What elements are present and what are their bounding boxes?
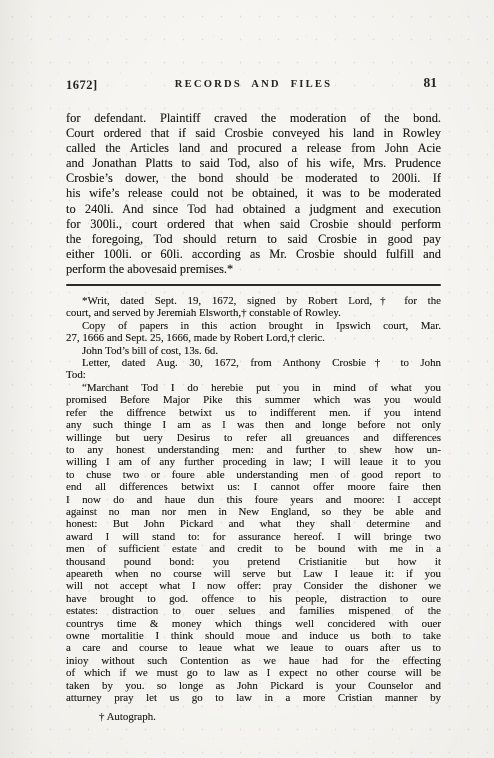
text-line: for 300li., court ordered that when said… xyxy=(66,217,441,232)
main-text: for defendant. Plaintiff craved the mode… xyxy=(66,111,441,277)
text-line: end all differences betwixt us: I cannot… xyxy=(66,481,441,493)
text-line: and Jonathan Platts to said Tod, also of… xyxy=(66,156,441,171)
paragraph: John Tod’s bill of cost, 13s. 6d. xyxy=(66,345,441,357)
text-line: refer the diffrence betwixt us to indiff… xyxy=(66,407,441,419)
text-line: either 100li. or 60li. according as Mr. … xyxy=(66,247,441,262)
text-line: willinge but uery Desirus to refer all g… xyxy=(66,432,441,444)
footnotes-block: *Writ, dated Sept. 19, 1672, signed by R… xyxy=(66,295,441,704)
year-label: 1672] xyxy=(66,78,98,93)
text-line: any such thinge I am as I was then and l… xyxy=(66,419,441,431)
paragraph: Copy of papers in this action brought in… xyxy=(66,320,441,345)
text-line: have brought to god. offence to his peop… xyxy=(66,593,441,605)
text-line: honest: But John Pickard and what they s… xyxy=(66,518,441,530)
paragraph: Letter, dated Aug. 30, 1672, from Anthon… xyxy=(66,357,441,382)
text-line: owne mortalitie I think should moue and … xyxy=(66,630,441,642)
text-line: apeareth when no course will serve but L… xyxy=(66,568,441,580)
text-line: men of sufficient estate and credit to b… xyxy=(66,543,441,555)
text-line: “Marchant Tod I do herebie put you in mi… xyxy=(66,382,441,394)
footnote-separator-rule xyxy=(66,284,441,286)
text-column: 1672] RECORDS AND FILES 81 for defendant… xyxy=(66,0,441,723)
text-line: I now do and haue dun this foure years a… xyxy=(66,494,441,506)
text-line: a care and course to leaue what we leaue… xyxy=(66,642,441,654)
text-line: for defendant. Plaintiff craved the mode… xyxy=(66,111,441,126)
page-number: 81 xyxy=(424,75,438,91)
paragraph: “Marchant Tod I do herebie put you in mi… xyxy=(66,382,441,705)
text-line: atturney pray let us go to law in a more… xyxy=(66,692,441,704)
text-line: Letter, dated Aug. 30, 1672, from Anthon… xyxy=(66,357,441,369)
text-line: perform the abovesaid premises.* xyxy=(66,262,441,277)
text-line: to 240li. And since Tod had obtained a j… xyxy=(66,202,441,217)
text-line: Tod: xyxy=(66,369,441,381)
text-line: the foregoing, Tod should return to said… xyxy=(66,232,441,247)
autograph-footnote: † Autograph. xyxy=(66,711,441,723)
text-line: taken by you. so longe as John Pickard i… xyxy=(66,680,441,692)
text-line: countrys time & money which things well … xyxy=(66,618,441,630)
text-line: against no man nor men in New England, s… xyxy=(66,506,441,518)
paragraph: for defendant. Plaintiff craved the mode… xyxy=(66,111,441,277)
book-page: 1672] RECORDS AND FILES 81 for defendant… xyxy=(0,0,494,758)
text-line: court, and served by Jeremiah Elsworth,†… xyxy=(66,307,441,319)
text-line: willing I am of any further proceding in… xyxy=(66,456,441,468)
text-line: Crosbie’s dower, the bond should be mode… xyxy=(66,171,441,186)
text-line: Court ordered that if said Crosbie conve… xyxy=(66,126,441,141)
text-line: *Writ, dated Sept. 19, 1672, signed by R… xyxy=(66,295,441,307)
text-line: of which if we must go to law as I expec… xyxy=(66,667,441,679)
text-line: inioy without such Contention as we haue… xyxy=(66,655,441,667)
text-line: to chuse two or foure able understanding… xyxy=(66,469,441,481)
text-line: will not accept what I now offer: pray C… xyxy=(66,580,441,592)
text-line: Copy of papers in this action brought in… xyxy=(66,320,441,332)
text-line: his wife’s release could not be obtained… xyxy=(66,186,441,201)
page-header: 1672] RECORDS AND FILES 81 xyxy=(66,77,441,93)
text-line: 27, 1666 and Sept. 25, 1666, made by Rob… xyxy=(66,332,441,344)
text-line: estates: distraction to ouer selues and … xyxy=(66,605,441,617)
text-line: thousand pound bond: you pretend Cristia… xyxy=(66,556,441,568)
paragraph: *Writ, dated Sept. 19, 1672, signed by R… xyxy=(66,295,441,320)
text-line: award I will stand to: for assurance her… xyxy=(66,531,441,543)
running-title: RECORDS AND FILES xyxy=(175,79,332,90)
text-line: promised Before Major Pike this summer w… xyxy=(66,394,441,406)
text-line: called the Articles land and procured a … xyxy=(66,141,441,156)
text-line: John Tod’s bill of cost, 13s. 6d. xyxy=(66,345,441,357)
text-line: to any honest understanding men: and fur… xyxy=(66,444,441,456)
